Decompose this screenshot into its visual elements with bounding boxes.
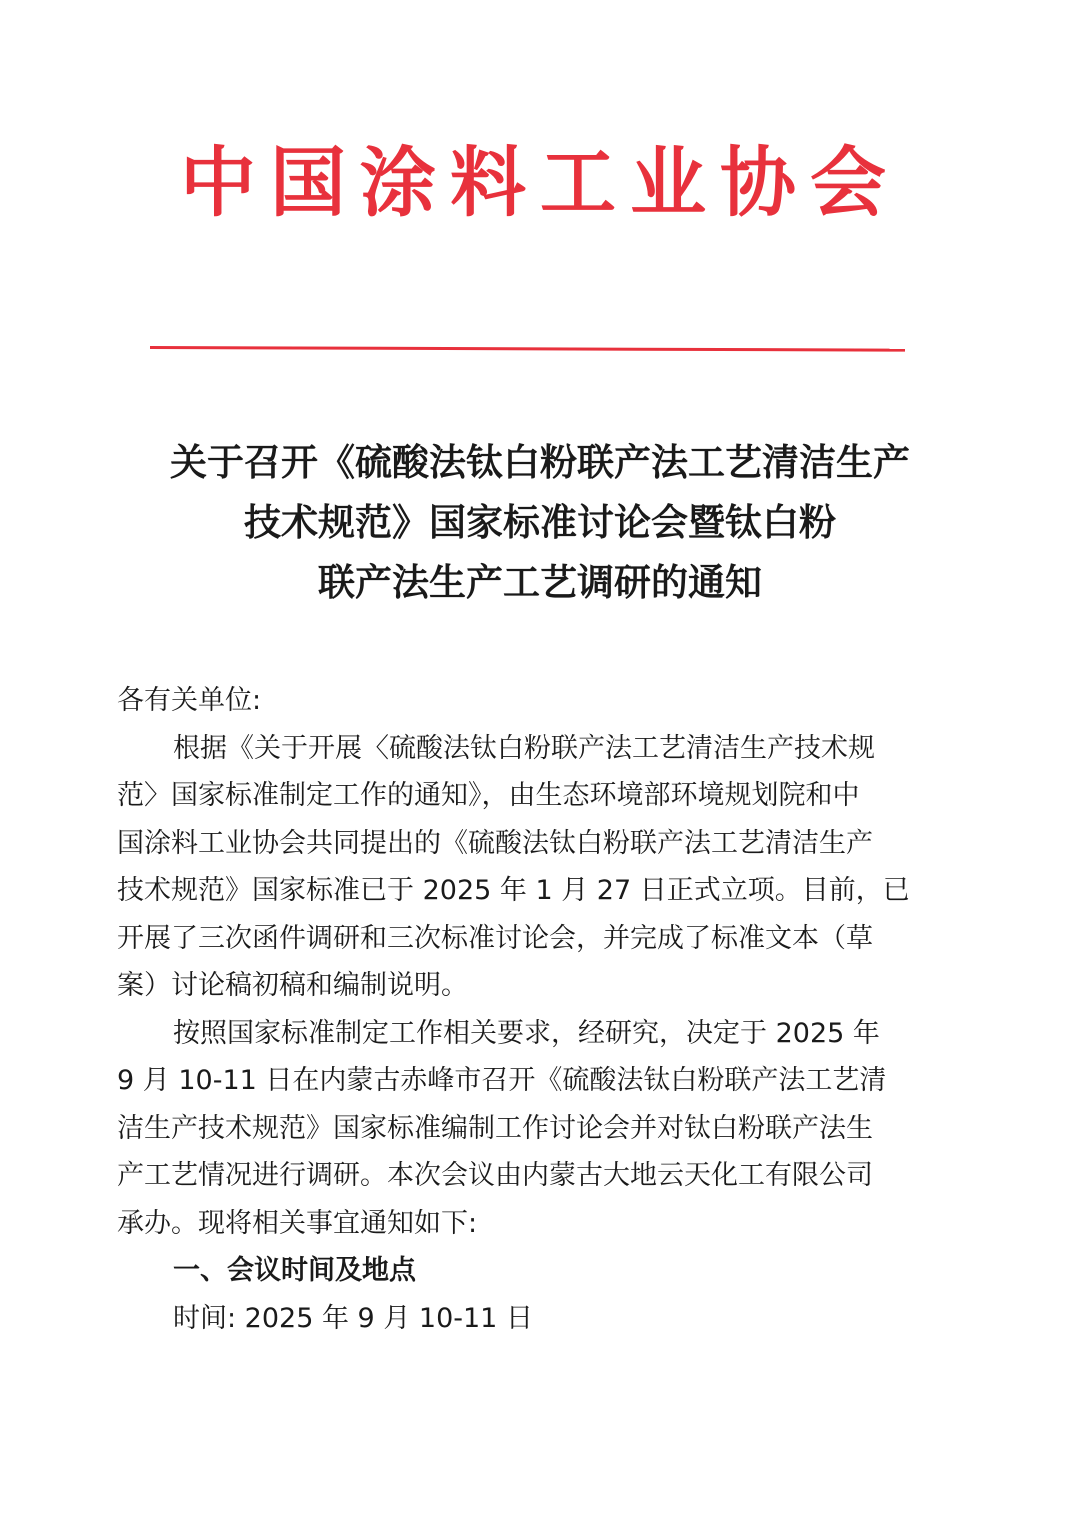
section-heading-time-location: 一、会议时间及地点 <box>117 1247 917 1295</box>
paragraph-line: 开展了三次函件调研和三次标准讨论会，并完成了标准文本（草 <box>117 915 917 963</box>
paragraph-line: 技术规范》国家标准已于 2025 年 1 月 27 日正式立项。目前，已 <box>117 867 917 915</box>
document-body: 各有关单位: 根据《关于开展〈硫酸法钛白粉联产法工艺清洁生产技术规 范〉国家标准… <box>117 677 917 1342</box>
title-line: 关于召开《硫酸法钛白粉联产法工艺清洁生产 <box>100 432 980 492</box>
paragraph-line: 承办。现将相关事宜通知如下: <box>117 1200 917 1248</box>
paragraph-line: 9 月 10-11 日在内蒙古赤峰市召开《硫酸法钛白粉联产法工艺清 <box>117 1057 917 1105</box>
paragraph-line: 根据《关于开展〈硫酸法钛白粉联产法工艺清洁生产技术规 <box>117 725 917 773</box>
paragraph-line: 案）讨论稿初稿和编制说明。 <box>117 962 917 1010</box>
organization-letterhead: 中国涂料工业协会 <box>0 138 1080 228</box>
paragraph-line: 按照国家标准制定工作相关要求，经研究，决定于 2025 年 <box>117 1010 917 1058</box>
salutation: 各有关单位: <box>117 677 917 725</box>
paragraph-decision: 按照国家标准制定工作相关要求，经研究，决定于 2025 年 9 月 10-11 … <box>117 1010 917 1248</box>
title-line: 技术规范》国家标准讨论会暨钛白粉 <box>100 492 980 552</box>
document-title: 关于召开《硫酸法钛白粉联产法工艺清洁生产 技术规范》国家标准讨论会暨钛白粉 联产… <box>100 432 980 612</box>
meeting-time: 时间: 2025 年 9 月 10-11 日 <box>117 1295 917 1343</box>
paragraph-line: 洁生产技术规范》国家标准编制工作讨论会并对钛白粉联产法生 <box>117 1105 917 1153</box>
paragraph-line: 产工艺情况进行调研。本次会议由内蒙古大地云天化工有限公司 <box>117 1152 917 1200</box>
paragraph-line: 范〉国家标准制定工作的通知》，由生态环境部环境规划院和中 <box>117 772 917 820</box>
title-line: 联产法生产工艺调研的通知 <box>100 552 980 612</box>
paragraph-line: 国涂料工业协会共同提出的《硫酸法钛白粉联产法工艺清洁生产 <box>117 820 917 868</box>
letterhead-divider <box>150 346 905 352</box>
paragraph-background: 根据《关于开展〈硫酸法钛白粉联产法工艺清洁生产技术规 范〉国家标准制定工作的通知… <box>117 725 917 1010</box>
